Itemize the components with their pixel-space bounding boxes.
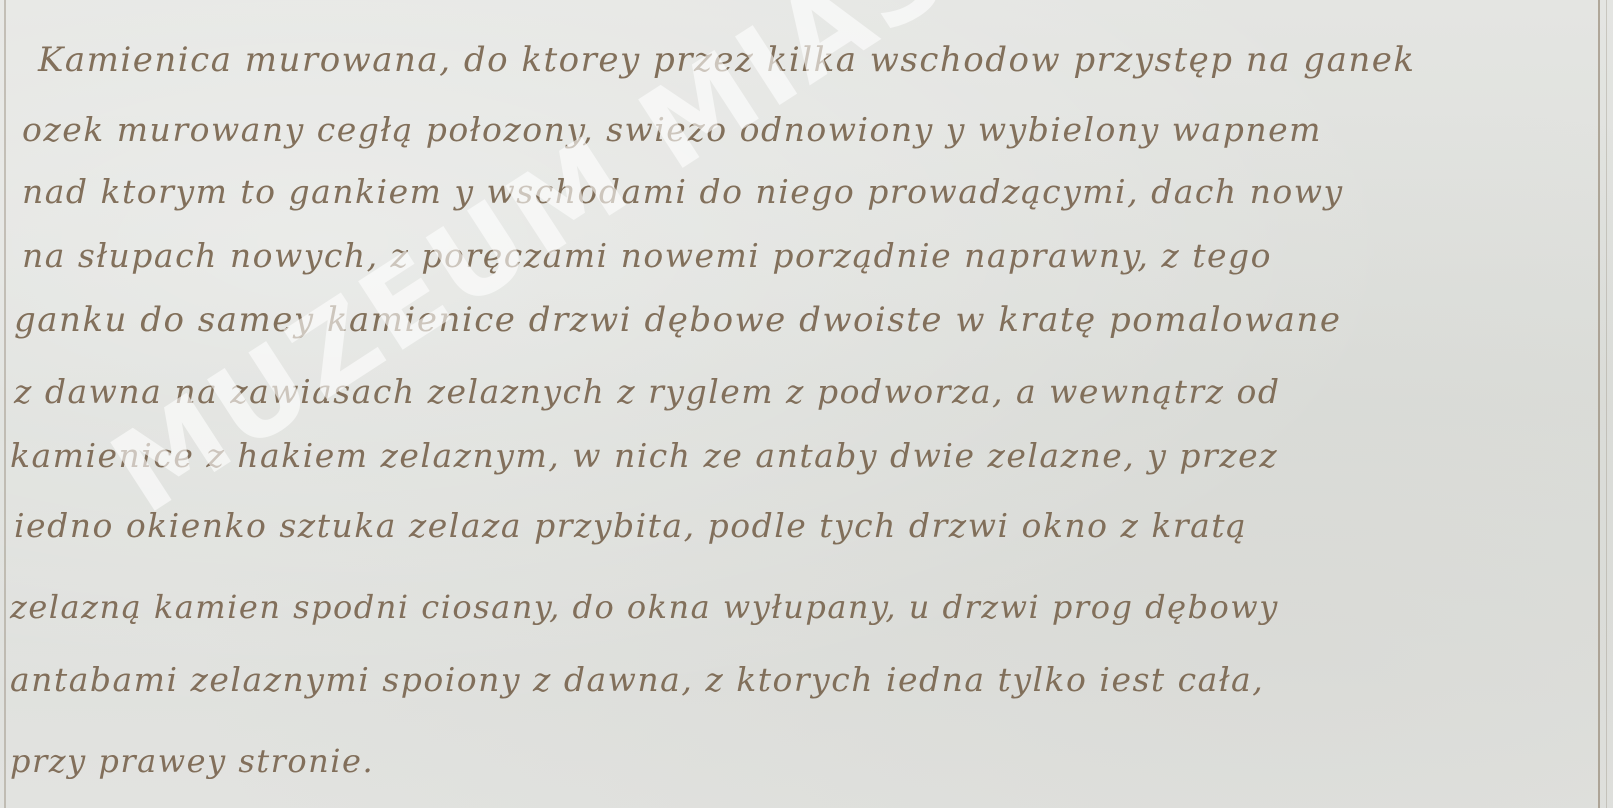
text-line-7: kamienice z hakiem zelaznym, w nich ze a…	[10, 436, 1278, 475]
text-line-11: przy prawey stronie.	[10, 742, 374, 780]
text-line-5: ganku do samey kamienice drzwi dębowe dw…	[14, 300, 1341, 340]
text-line-9: zelazną kamien spodni ciosany, do okna w…	[10, 588, 1279, 626]
text-line-2: ozek murowany cegłą połozony, swiezo odn…	[22, 110, 1322, 149]
text-line-10: antabami zelaznymi spoiony z dawna, z kt…	[10, 660, 1264, 699]
text-line-3: nad ktorym to gankiem y wschodami do nie…	[22, 172, 1344, 211]
text-line-8: iedno okienko sztuka zelaza przybita, po…	[14, 506, 1247, 545]
text-line-1: Kamienica murowana, do ktorey przez kilk…	[38, 40, 1415, 80]
text-line-6: z dawna na zawiasach zelaznych z ryglem …	[14, 372, 1281, 411]
text-line-4: na słupach nowych, z poręczami nowemi po…	[22, 236, 1272, 275]
manuscript-page: Kamienica murowana, do ktorey przez kilk…	[0, 0, 1613, 808]
handwritten-text-block: Kamienica murowana, do ktorey przez kilk…	[0, 0, 1613, 808]
